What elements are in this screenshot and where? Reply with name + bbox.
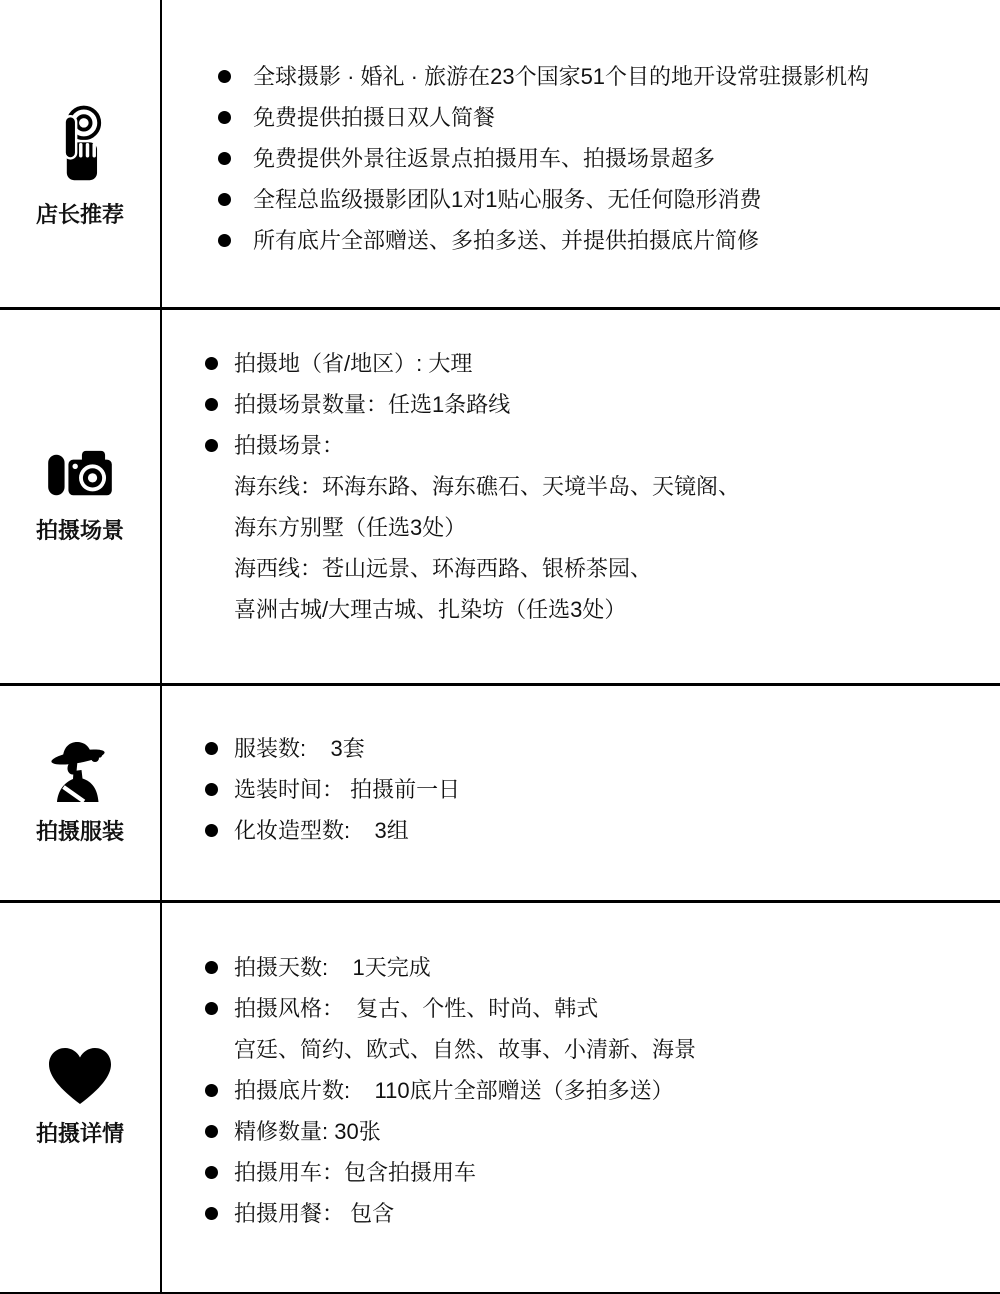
item-text: 宫廷、简约、欧式、自然、故事、小清新、海景 [234, 1029, 696, 1070]
section-content-recommend: 全球摄影 · 婚礼 · 旅游在23个国家51个目的地开设常驻摄影机构 免费提供拍… [162, 0, 1000, 307]
bullet-item: 精修数量: 30张 [205, 1111, 1000, 1152]
continuation-line: 海东线：环海东路、海东礁石、天境半岛、天镜阁、 [205, 466, 1000, 507]
item-text: 免费提供外景往返景点拍摄用车、拍摄场景超多 [253, 138, 715, 179]
bullet-item: 全球摄影 · 婚礼 · 旅游在23个国家51个目的地开设常驻摄影机构 [218, 56, 1000, 97]
section-label-recommend: 店长推荐 [36, 198, 124, 229]
item-text: 化妆造型数: 3组 [234, 810, 409, 851]
section-content-scenes: 拍摄地（省/地区）: 大理 拍摄场景数量：任选1条路线 拍摄场景： 海东线：环海… [162, 310, 1000, 683]
item-text: 免费提供拍摄日双人简餐 [253, 97, 495, 138]
bullet-dot [205, 439, 218, 452]
bullet-dot [205, 742, 218, 755]
item-text: 选装时间： 拍摄前一日 [234, 769, 460, 810]
item-text: 所有底片全部赠送、多拍多送、并提供拍摄底片简修 [253, 220, 759, 261]
heart-icon [48, 1047, 112, 1105]
bullet-item: 拍摄底片数: 110底片全部赠送（多拍多送） [205, 1070, 1000, 1111]
camera-icon [45, 448, 115, 502]
bullet-dot [205, 357, 218, 370]
bullet-dot [218, 193, 231, 206]
item-text: 拍摄风格： 复古、个性、时尚、韩式 [234, 988, 598, 1029]
bullet-item: 拍摄地（省/地区）: 大理 [205, 343, 1000, 384]
item-text: 拍摄场景数量：任选1条路线 [234, 384, 510, 425]
bullet-item: 拍摄天数: 1天完成 [205, 947, 1000, 988]
hand-click-icon [56, 102, 104, 186]
continuation-line: 喜洲古城/大理古城、扎染坊（任选3处） [205, 589, 1000, 630]
bullet-item: 选装时间： 拍摄前一日 [205, 769, 1000, 810]
bullet-dot [205, 1166, 218, 1179]
item-text: 拍摄场景： [234, 425, 344, 466]
bullet-item: 拍摄场景数量：任选1条路线 [205, 384, 1000, 425]
bullet-dot [205, 1084, 218, 1097]
continuation-line: 海西线：苍山远景、环海西路、银桥茶园、 [205, 548, 1000, 589]
item-text: 拍摄底片数: 110底片全部赠送（多拍多送） [234, 1070, 674, 1111]
section-shoot-scenes: 拍摄场景 拍摄地（省/地区）: 大理 拍摄场景数量：任选1条路线 拍摄场景： 海… [0, 310, 1000, 686]
woman-hat-icon [50, 741, 110, 803]
item-text: 拍摄用车：包含拍摄用车 [234, 1152, 476, 1193]
section-label-scenes: 拍摄场景 [36, 514, 124, 545]
item-text: 海东线：环海东路、海东礁石、天境半岛、天镜阁、 [234, 466, 740, 507]
bullet-item: 免费提供外景往返景点拍摄用车、拍摄场景超多 [218, 138, 1000, 179]
item-text: 拍摄用餐： 包含 [234, 1193, 394, 1234]
bullet-dot [205, 783, 218, 796]
bullet-item: 全程总监级摄影团队1对1贴心服务、无任何隐形消费 [218, 179, 1000, 220]
bullet-item: 服装数: 3套 [205, 728, 1000, 769]
section-shoot-costume: 拍摄服装 服装数: 3套 选装时间： 拍摄前一日 化妆造型数: 3组 [0, 686, 1000, 903]
bullet-dot [205, 1002, 218, 1015]
bullet-dot [205, 961, 218, 974]
item-text: 海西线：苍山远景、环海西路、银桥茶园、 [234, 548, 652, 589]
section-sidebar-costume: 拍摄服装 [0, 686, 162, 900]
section-manager-recommend: 店长推荐 全球摄影 · 婚礼 · 旅游在23个国家51个目的地开设常驻摄影机构 … [0, 0, 1000, 310]
product-detail-panel: 店长推荐 全球摄影 · 婚礼 · 旅游在23个国家51个目的地开设常驻摄影机构 … [0, 0, 1000, 1294]
bullet-dot [205, 1125, 218, 1138]
section-content-details: 拍摄天数: 1天完成 拍摄风格： 复古、个性、时尚、韩式 宫廷、简约、欧式、自然… [162, 903, 1000, 1292]
bullet-dot [218, 152, 231, 165]
bullet-dot [205, 398, 218, 411]
bullet-item: 拍摄风格： 复古、个性、时尚、韩式 [205, 988, 1000, 1029]
item-text: 精修数量: 30张 [234, 1111, 381, 1152]
section-label-costume: 拍摄服装 [36, 815, 124, 846]
item-text: 全球摄影 · 婚礼 · 旅游在23个国家51个目的地开设常驻摄影机构 [253, 56, 869, 97]
continuation-line: 海东方别墅（任选3处） [205, 507, 1000, 548]
section-shoot-details: 拍摄详情 拍摄天数: 1天完成 拍摄风格： 复古、个性、时尚、韩式 宫廷、简约、… [0, 903, 1000, 1294]
section-content-costume: 服装数: 3套 选装时间： 拍摄前一日 化妆造型数: 3组 [162, 686, 1000, 900]
item-text: 拍摄天数: 1天完成 [234, 947, 431, 988]
item-text: 全程总监级摄影团队1对1贴心服务、无任何隐形消费 [253, 179, 761, 220]
bullet-item: 免费提供拍摄日双人简餐 [218, 97, 1000, 138]
bullet-dot [205, 824, 218, 837]
bullet-item: 所有底片全部赠送、多拍多送、并提供拍摄底片简修 [218, 220, 1000, 261]
item-text: 服装数: 3套 [234, 728, 365, 769]
section-label-details: 拍摄详情 [36, 1117, 124, 1148]
bullet-dot [205, 1207, 218, 1220]
bullet-item: 拍摄用餐： 包含 [205, 1193, 1000, 1234]
section-sidebar-scenes: 拍摄场景 [0, 310, 162, 683]
bullet-item: 化妆造型数: 3组 [205, 810, 1000, 851]
bullet-dot [218, 234, 231, 247]
bullet-item: 拍摄用车：包含拍摄用车 [205, 1152, 1000, 1193]
section-sidebar-details: 拍摄详情 [0, 903, 162, 1292]
bullet-dot [218, 70, 231, 83]
item-text: 海东方别墅（任选3处） [234, 507, 466, 548]
bullet-item: 拍摄场景： [205, 425, 1000, 466]
continuation-line: 宫廷、简约、欧式、自然、故事、小清新、海景 [205, 1029, 1000, 1070]
bullet-dot [218, 111, 231, 124]
item-text: 拍摄地（省/地区）: 大理 [234, 343, 472, 384]
item-text: 喜洲古城/大理古城、扎染坊（任选3处） [234, 589, 626, 630]
section-sidebar-recommend: 店长推荐 [0, 0, 162, 307]
